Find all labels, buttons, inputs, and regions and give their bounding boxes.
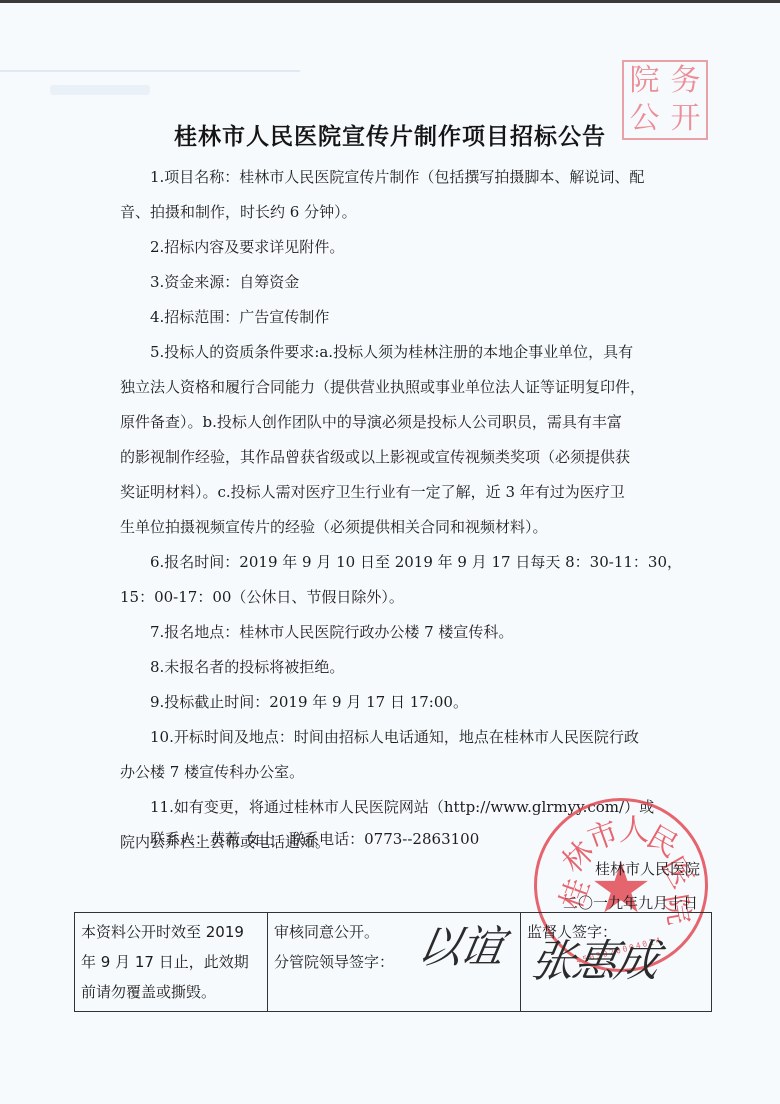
contact-phone-label: 联系电话： <box>289 830 364 848</box>
item-line: 独立法人资格和履行合同能力（提供营业执照或事业单位法人证等证明复印件， <box>120 370 682 405</box>
stamp-char: 院 <box>624 66 665 96</box>
item-line: 生单位拍摄视频宣传片的经验（必须提供相关合同和视频材料）。 <box>120 510 682 545</box>
item-10: 10.开标时间及地点：时间由招标人电话通知，地点在桂林市人民医院行政 办公楼 7… <box>120 720 682 790</box>
contact-info: 联系人：黄薇 女士 联系电话：0773--2863100 <box>150 828 479 849</box>
item-4: 4.招标范围：广告宣传制作 <box>120 300 682 335</box>
item-line: 的影视制作经验，其作品曾获省级或以上影视或宣传视频类奖项（必须提供获 <box>120 440 682 475</box>
contact-person: 黄薇 女士 <box>210 830 275 848</box>
item-line: 15：00-17：00（公休日、节假日除外）。 <box>120 580 682 615</box>
item-line: 7.报名地点：桂林市人民医院行政办公楼 7 楼宣传科。 <box>120 615 682 650</box>
scan-artifact <box>0 70 300 72</box>
item-7: 7.报名地点：桂林市人民医院行政办公楼 7 楼宣传科。 <box>120 615 682 650</box>
item-line: 6.报名时间：2019 年 9 月 10 日至 2019 年 9 月 17 日每… <box>120 545 682 580</box>
supervisor-signature: 张惠成 <box>528 947 659 977</box>
scan-edge <box>0 0 780 3</box>
item-line: 4.招标范围：广告宣传制作 <box>120 300 682 335</box>
validity-line: 年 9 月 17 日止，此效期 <box>81 947 261 977</box>
supervisor-cell: 监督人签字： 张惠成 <box>521 913 712 1012</box>
item-line: 办公楼 7 楼宣传科办公室。 <box>120 755 682 790</box>
validity-cell: 本资料公开时效至 2019 年 9 月 17 日止，此效期 前请勿覆盖或撕毁。 <box>75 913 268 1012</box>
contact-phone: 0773--2863100 <box>364 830 479 848</box>
issuer-name: 桂林市人民医院 <box>595 858 700 879</box>
item-3: 3.资金来源：自筹资金 <box>120 265 682 300</box>
announcement-body: 1.项目名称：桂林市人民医院宣传片制作（包括撰写拍摄脚本、解说词、配 音、拍摄和… <box>120 160 682 860</box>
item-9: 9.投标截止时间：2019 年 9 月 17 日 17:00。 <box>120 685 682 720</box>
item-5: 5.投标人的资质条件要求:a.投标人须为桂林注册的本地企事业单位，具有 独立法人… <box>120 335 682 545</box>
item-line: 原件备查）。b.投标人创作团队中的导演必须是投标人公司职员，需具有丰富 <box>120 405 682 440</box>
item-6: 6.报名时间：2019 年 9 月 10 日至 2019 年 9 月 17 日每… <box>120 545 682 615</box>
leader-signature: 以谊 <box>415 933 504 963</box>
document-title: 桂林市人民医院宣传片制作项目招标公告 <box>0 118 780 151</box>
item-line: 奖证明材料）。c.投标人需对医疗卫生行业有一定了解，近 3 年有过为医疗卫 <box>120 475 682 510</box>
issue-date: 二〇一九年九月十日 <box>563 892 698 913</box>
item-1: 1.项目名称：桂林市人民医院宣传片制作（包括撰写拍摄脚本、解说词、配 音、拍摄和… <box>120 160 682 230</box>
item-line: 5.投标人的资质条件要求:a.投标人须为桂林注册的本地企事业单位，具有 <box>120 335 682 370</box>
item-line: 1.项目名称：桂林市人民医院宣传片制作（包括撰写拍摄脚本、解说词、配 <box>120 160 682 195</box>
item-line: 8.未报名者的投标将被拒绝。 <box>120 650 682 685</box>
scan-artifact <box>50 85 150 95</box>
item-line: 9.投标截止时间：2019 年 9 月 17 日 17:00。 <box>120 685 682 720</box>
disclosure-table: 本资料公开时效至 2019 年 9 月 17 日止，此效期 前请勿覆盖或撕毁。 … <box>74 912 712 1012</box>
item-line: 10.开标时间及地点：时间由招标人电话通知，地点在桂林市人民医院行政 <box>120 720 682 755</box>
item-2: 2.招标内容及要求详见附件。 <box>120 230 682 265</box>
contact-person-label: 联系人： <box>150 830 210 848</box>
stamp-char: 务 <box>665 66 706 96</box>
item-line: 2.招标内容及要求详见附件。 <box>120 230 682 265</box>
item-8: 8.未报名者的投标将被拒绝。 <box>120 650 682 685</box>
item-line: 3.资金来源：自筹资金 <box>120 265 682 300</box>
validity-line: 本资料公开时效至 2019 <box>81 917 261 947</box>
validity-line: 前请勿覆盖或撕毁。 <box>81 977 261 1007</box>
review-cell: 审核同意公开。 分管院领导签字： 以谊 <box>268 913 521 1012</box>
item-line: 音、拍摄和制作，时长约 6 分钟）。 <box>120 195 682 230</box>
